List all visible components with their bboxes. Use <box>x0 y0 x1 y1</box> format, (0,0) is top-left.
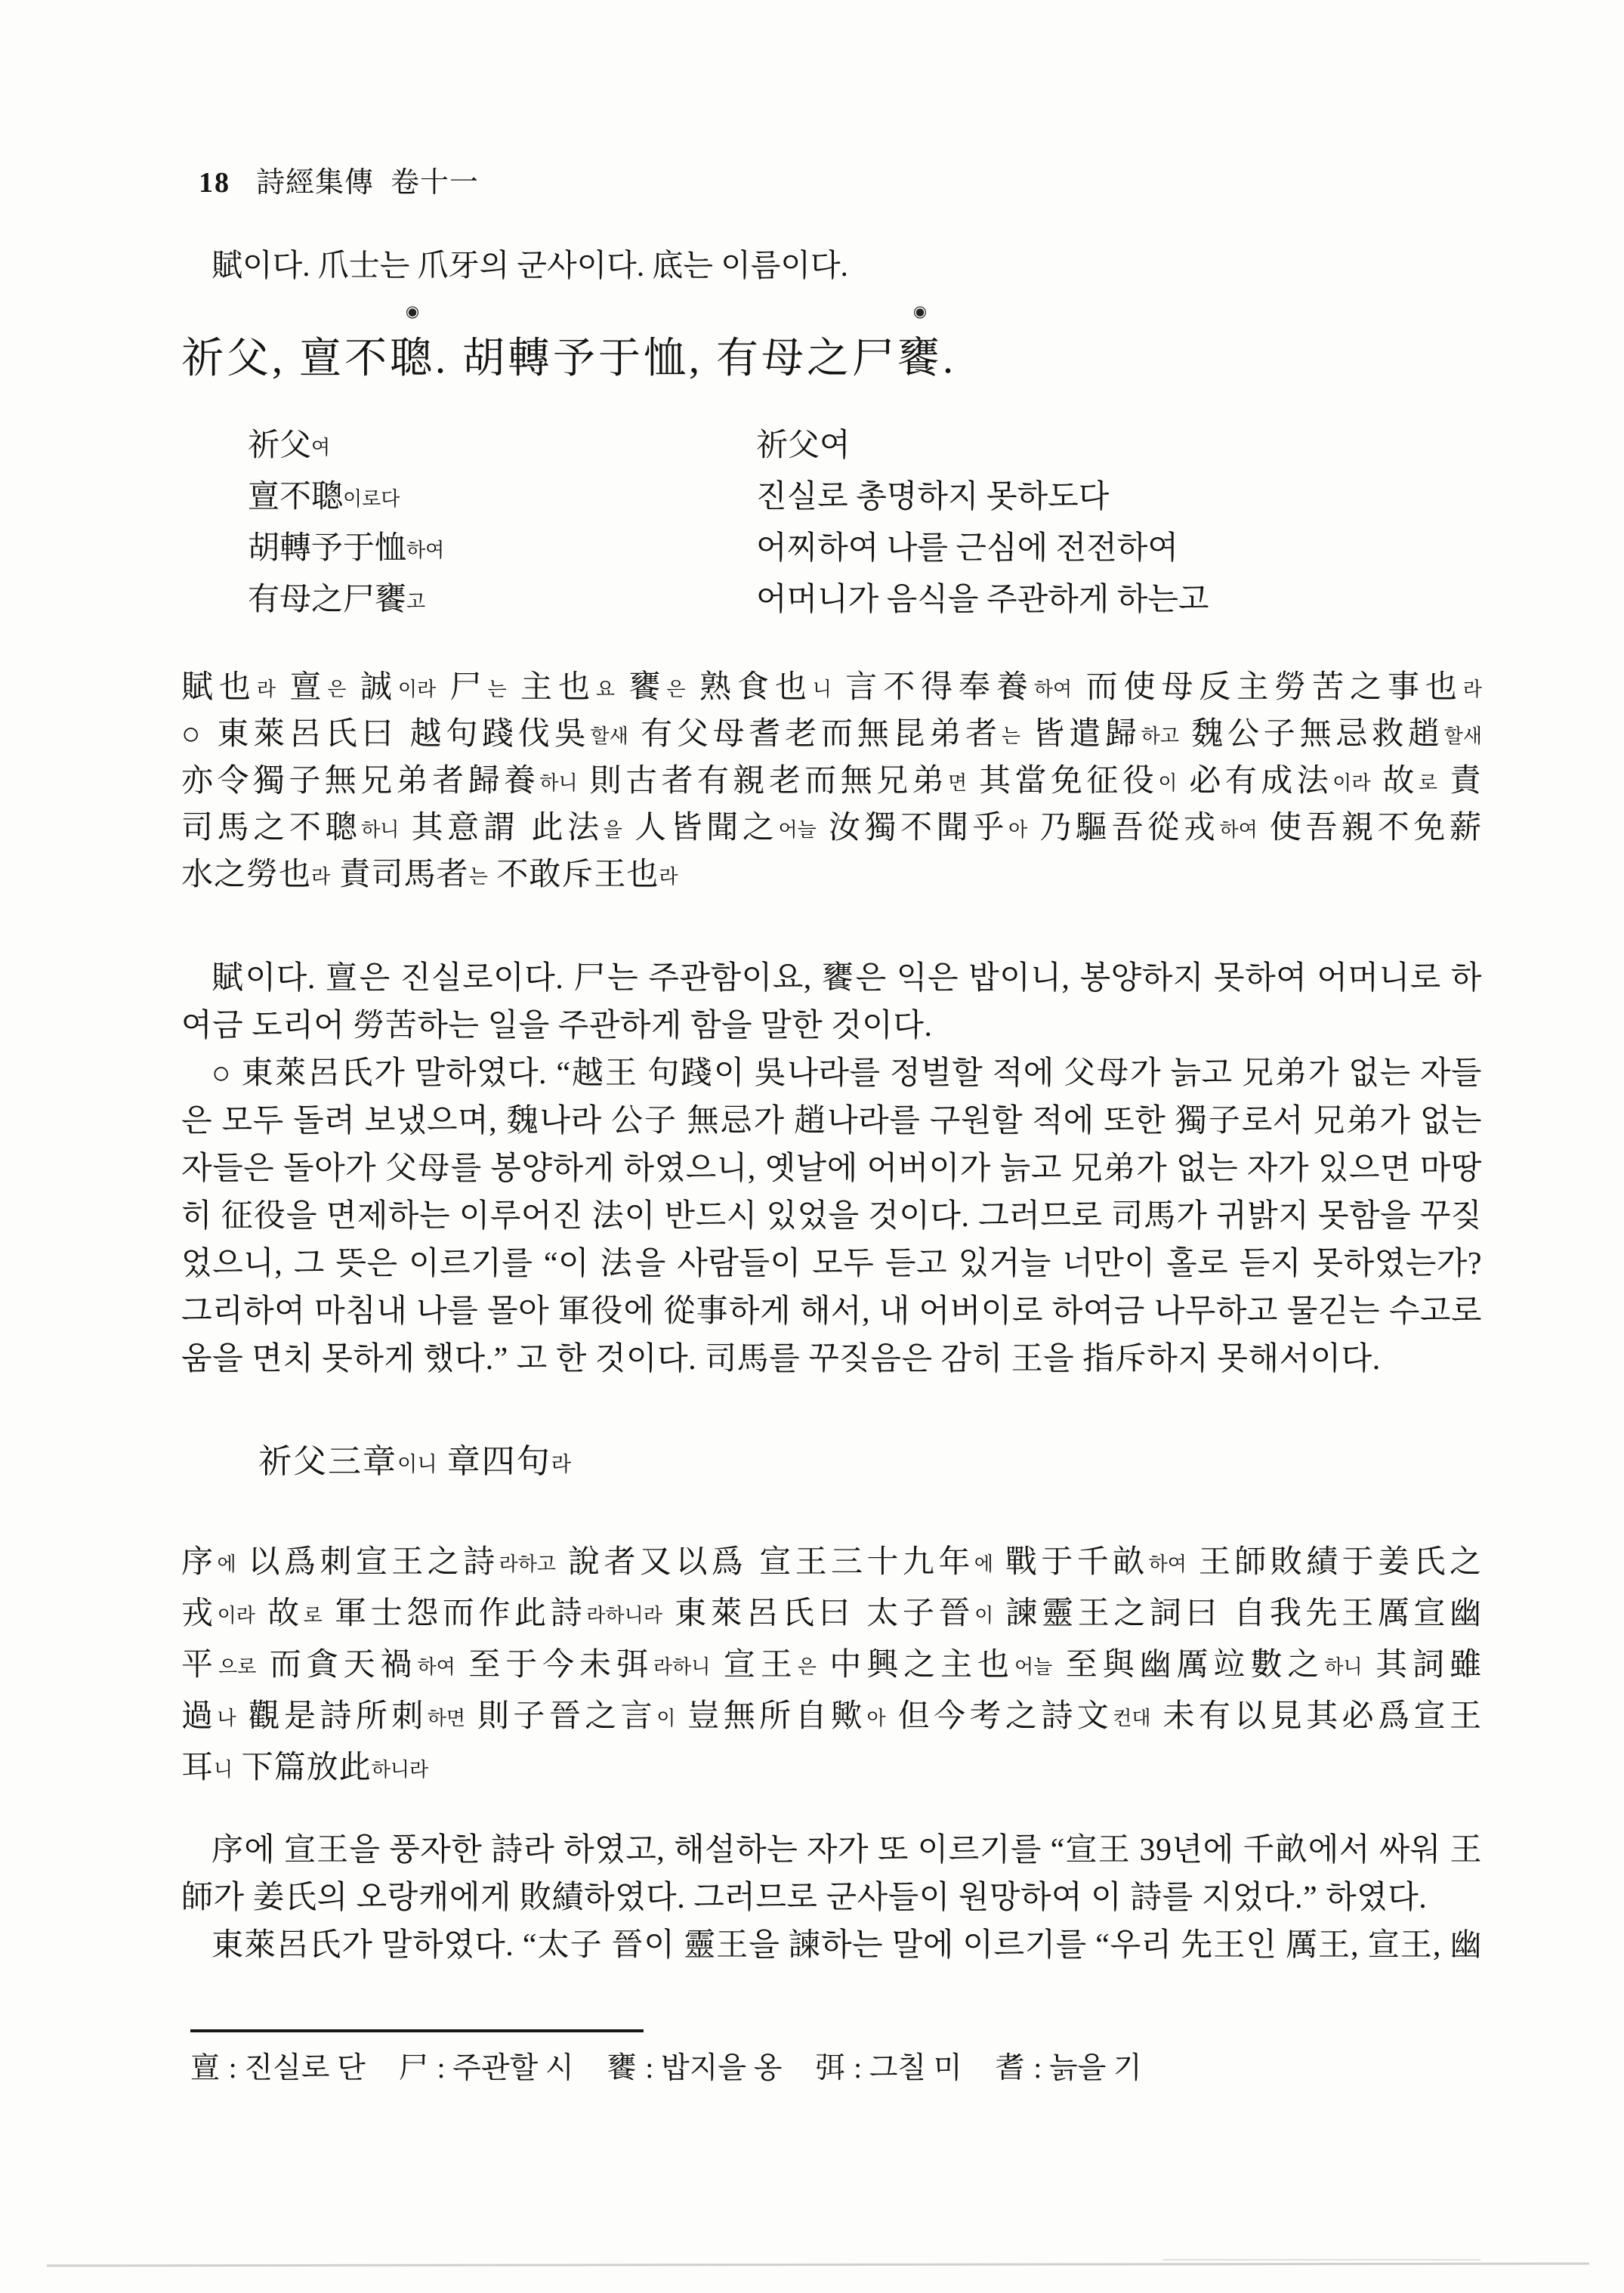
commentary-line: ○ 東萊呂氏曰 越句踐伐吳할새 有父母耆老而無昆弟者는 皆遣歸하고 魏公子無忌救… <box>181 715 1482 762</box>
gloss-separator: : <box>221 2052 244 2084</box>
verse-translation: 진실로 총명하지 못하도다 <box>756 471 1109 517</box>
gloss-separator: : <box>1027 2052 1049 2084</box>
gloss-char: 耆 <box>996 2052 1025 2084</box>
verse-original: 胡轉予于恤하여 <box>248 531 444 566</box>
page-number: 18 <box>199 167 230 199</box>
verse-row: 祈父여 祈父여 <box>248 420 1479 471</box>
commentary-line: 司馬之不聰하니 其意謂 此法을 人皆聞之어늘 汝獨不聞乎아 乃驅吾從戎하여 使吾… <box>181 808 1482 855</box>
verse-original: 亶不聰이로다 <box>248 480 400 515</box>
scan-artifact-line <box>47 2263 1589 2267</box>
gloss-item: 尸 : 주관할 시 <box>399 2044 574 2087</box>
verse-heading-seg3: . <box>943 335 956 382</box>
commentary-line: 움을 면치 못하게 했다.” 고 한 것이다. 司馬를 꾸짖음은 감히 王을 指… <box>181 1339 1482 1386</box>
gloss-item: 饔 : 밥지을 옹 <box>607 2044 783 2087</box>
tone-mark-icon: ◉ <box>913 302 927 320</box>
verse-heading-seg2: . 胡轉予于恤, 有母之尸 <box>435 335 897 382</box>
hanja-commentary-1: 賦也라 亶은 誠이라 尸는 主也요 饔은 熟食也니 言不得奉養하여 而使母反主勞… <box>181 668 1482 902</box>
commentary-line: 戎이라 故로 軍士怨而作此詩라하니라 東萊呂氏曰 太子晉이 諫靈王之詞曰 自我先… <box>181 1593 1482 1644</box>
commentary-line: 히 征役을 면제하는 이루어진 法이 반드시 있었을 것이다. 그러므로 司馬가… <box>181 1196 1482 1244</box>
commentary-line: 師가 姜氏의 오랑캐에게 敗績하였다. 그러므로 군사들이 원망하여 이 詩를 … <box>181 1877 1482 1925</box>
commentary-line: 었으니, 그 뜻은 이르기를 “이 法을 사람들이 모두 듣고 있거늘 너만이 … <box>181 1244 1482 1291</box>
book-title: 詩經集傳 <box>256 167 374 199</box>
scanned-book-page: { "page": { "number": "18", "book_title"… <box>0 0 1624 2293</box>
commentary-line: 亦令獨子無兄弟者歸養하니 則古者有親老而無兄弟면 其當免征役이 必有成法이라 故… <box>181 762 1482 808</box>
commentary-line: 東萊呂氏가 말하였다. “太子 晉이 靈王을 諫하는 말에 이르기를 “우리 先… <box>181 1925 1482 1973</box>
verse-heading: 祈父, 亶不◉聰. 胡轉予于恤, 有母之尸◉饔. <box>181 325 956 385</box>
page-header: 18詩經集傳卷十一 <box>199 159 479 200</box>
footnote-divider <box>190 2029 644 2032</box>
tone-mark-icon: ◉ <box>406 302 419 320</box>
verse-translation: 祈父여 <box>756 420 851 465</box>
verse-row: 亶不聰이로다 진실로 총명하지 못하도다 <box>248 471 1479 523</box>
commentary-line: 賦이다. 亶은 진실로이다. 尸는 주관함이요, 饔은 익은 밥이니, 봉양하지… <box>181 958 1482 1006</box>
commentary-line: ○ 東萊呂氏가 말하였다. “越王 句踐이 吳나라를 정벌할 적에 父母가 늙고… <box>181 1053 1482 1101</box>
commentary-line: 序에 宣王을 풍자한 詩라 하였고, 해설하는 자가 또 이르기를 “宣王 39… <box>181 1830 1482 1877</box>
commentary-line: 은 모두 돌려 보냈으며, 魏나라 公子 無忌가 趙나라를 구원할 적에 또한 … <box>181 1101 1482 1148</box>
commentary-line: 그리하여 마침내 나를 몰아 軍役에 從事하게 해서, 내 어버이로 하여금 나… <box>181 1291 1482 1339</box>
gloss-reading: 밥지을 옹 <box>661 2052 782 2084</box>
verse-block: 祈父여 祈父여 亶不聰이로다 진실로 총명하지 못하도다 胡轉予于恤하여 어찌하… <box>248 420 1479 626</box>
commentary-line: 平으로 而貪天禍하여 至于今未弭라하니 宣王은 中興之主也어늘 至與幽厲竝數之하… <box>181 1644 1482 1695</box>
gloss-item: 耆 : 늙을 기 <box>996 2044 1142 2087</box>
gloss-reading: 주관할 시 <box>452 2052 573 2084</box>
gloss-item: 弭 : 그칠 미 <box>815 2044 962 2087</box>
section-heading: 祈父三章이니 章四句라 <box>258 1434 571 1482</box>
gloss-char: 尸 <box>399 2052 428 2084</box>
commentary-line: 耳니 下篇放此하니라 <box>181 1747 1482 1798</box>
intro-note: 賦이다. 爪士는 爪牙의 군사이다. 底는 이름이다. <box>211 240 848 285</box>
gloss-reading: 진실로 단 <box>244 2052 365 2084</box>
character-glosses: 亶 : 진실로 단 尸 : 주관할 시 饔 : 밥지을 옹 弭 : 그칠 미 耆… <box>190 2044 1142 2087</box>
gloss-separator: : <box>430 2052 452 2084</box>
verse-heading-seg1: 祈父, 亶不 <box>181 335 390 382</box>
commentary-line: 자들은 돌아가 父母를 봉양하게 하였으니, 옛날에 어버이가 늙고 兄弟가 없… <box>181 1148 1482 1196</box>
verse-row: 有母之尸饔고 어머니가 음식을 주관하게 하는고 <box>248 574 1479 626</box>
commentary-line: 여금 도리어 勞苦하는 일을 주관하게 함을 말한 것이다. <box>181 1006 1482 1053</box>
hanja-commentary-2: 序에 以爲刺宣王之詩라하고 說者又以爲 宣王三十九年에 戰于千畝하여 王師敗績于… <box>181 1541 1482 1798</box>
commentary-line: 序에 以爲刺宣王之詩라하고 說者又以爲 宣王三十九年에 戰于千畝하여 王師敗績于… <box>181 1541 1482 1593</box>
tone-marked-char: ◉聰 <box>390 325 435 385</box>
gloss-char: 弭 <box>815 2052 844 2084</box>
verse-original: 有母之尸饔고 <box>248 583 425 617</box>
verse-original: 祈父여 <box>248 428 330 463</box>
gloss-reading: 늙을 기 <box>1049 2052 1142 2084</box>
verse-translation: 어찌하여 나를 근심에 전전하여 <box>756 523 1178 568</box>
commentary-line: 水之勞也라 責司馬者는 不敢斥王也라 <box>181 855 1482 902</box>
verse-translation: 어머니가 음식을 주관하게 하는고 <box>756 574 1209 620</box>
gloss-char: 亶 <box>190 2052 220 2084</box>
commentary-line: 過나 觀是詩所刺하면 則子晉之言이 豈無所自歟아 但今考之詩文컨대 未有以見其必… <box>181 1695 1482 1747</box>
volume-label: 卷十一 <box>391 167 479 199</box>
verse-row: 胡轉予于恤하여 어찌하여 나를 근심에 전전하여 <box>248 523 1479 574</box>
korean-commentary-1: 賦이다. 亶은 진실로이다. 尸는 주관함이요, 饔은 익은 밥이니, 봉양하지… <box>181 958 1482 1386</box>
commentary-line: 賦也라 亶은 誠이라 尸는 主也요 饔은 熟食也니 言不得奉養하여 而使母反主勞… <box>181 668 1482 715</box>
gloss-separator: : <box>638 2052 661 2084</box>
scan-artifact-line <box>1163 2259 1480 2261</box>
gloss-reading: 그칠 미 <box>869 2052 962 2084</box>
korean-commentary-2: 序에 宣王을 풍자한 詩라 하였고, 해설하는 자가 또 이르기를 “宣王 39… <box>181 1830 1482 1973</box>
gloss-separator: : <box>846 2052 869 2084</box>
gloss-char: 饔 <box>607 2052 637 2084</box>
tone-marked-char: ◉饔 <box>897 325 943 385</box>
gloss-item: 亶 : 진실로 단 <box>190 2044 366 2087</box>
